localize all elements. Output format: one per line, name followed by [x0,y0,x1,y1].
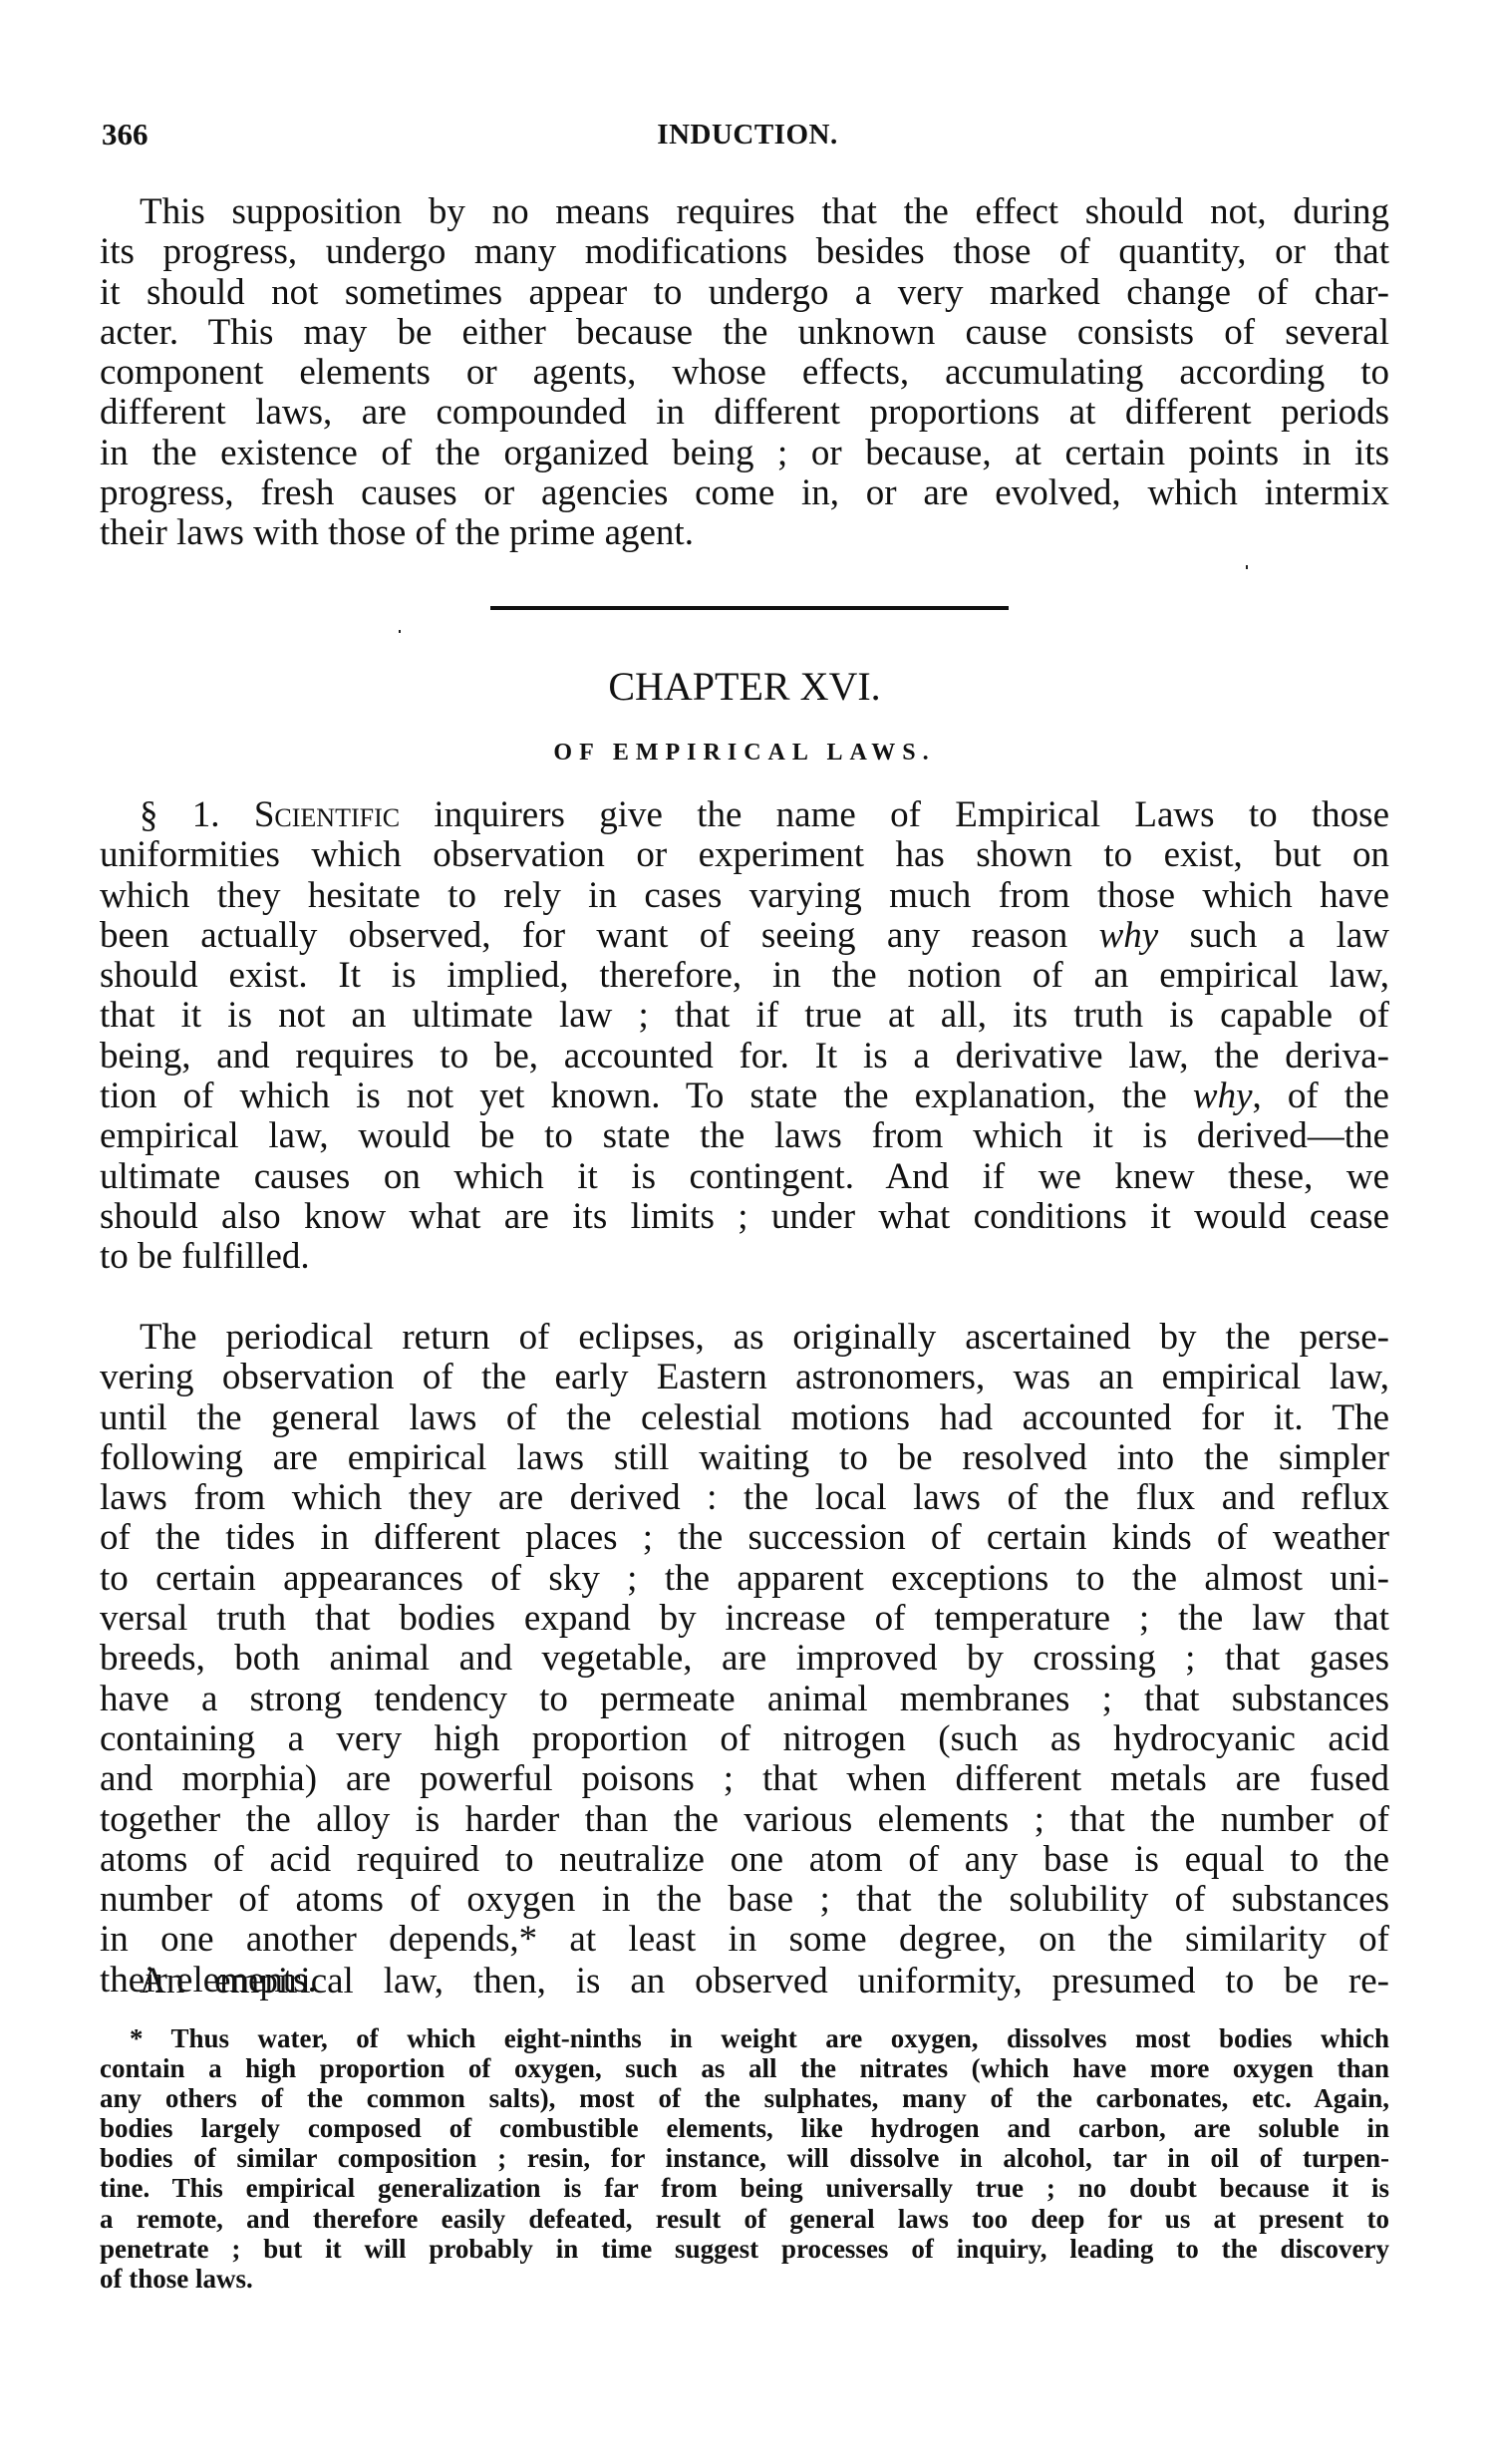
text-line: atoms of acid required to neutralize one… [100,1840,1389,1880]
running-head: 366 INDUCTION. [100,117,1389,153]
text-line: breeds, both animal and vegetable, are i… [100,1639,1389,1679]
text-line: An empirical law, then, is an observed u… [100,1962,1389,2002]
chapter-subtitle: OF EMPIRICAL LAWS. [100,738,1389,768]
italic-why: why [1193,1076,1253,1116]
footnote-line: bodies of similar composition ; resin, f… [100,2143,1389,2173]
text-line: different laws, are compounded in differ… [100,393,1389,433]
text-line: in the existence of the organized being … [100,434,1389,473]
section-1-paragraph: § 1. Scientific inquirers give the name … [100,795,1389,1278]
lead-word: Scientific [254,794,400,835]
text-line: The periodical return of eclipses, as or… [100,1318,1389,1358]
text-line: together the alloy is harder than the va… [100,1800,1389,1840]
paragraph-3: An empirical law, then, is an observed u… [100,1962,1389,2002]
section-marker: § 1. [140,794,220,835]
text-line: that it is not an ultimate law ; that if… [100,996,1389,1036]
text-line: being, and requires to be, accounted for… [100,1037,1389,1077]
footnote-line: tine. This empirical generalization is f… [100,2173,1389,2203]
text-line: have a strong tendency to permeate anima… [100,1680,1389,1719]
text-line: number of atoms of oxygen in the base ; … [100,1880,1389,1920]
paragraph-2: The periodical return of eclipses, as or… [100,1318,1389,2001]
footnote-line: any others of the common salts), most of… [100,2083,1389,2113]
footnote-line: bodies largely composed of combustible e… [100,2113,1389,2143]
text-line: which they hesitate to rely in cases var… [100,876,1389,916]
footnote-line: * Thus water, of which eight-ninths in w… [100,2023,1389,2053]
page-number: 366 [102,117,149,153]
text-line: their laws with those of the prime agent… [100,513,1389,553]
chapter-divider-rule [490,606,1009,610]
text-line: progress, fresh causes or agencies come … [100,473,1389,513]
book-page: 366 INDUCTION. This supposition by no me… [0,0,1490,2464]
text-line: tion of which is not yet known. To state… [100,1077,1389,1116]
text-line: to be fulfilled. [100,1237,1389,1277]
opening-paragraph: This supposition by no means requires th… [100,192,1389,554]
text-line: versal truth that bodies expand by incre… [100,1599,1389,1639]
text-line: to certain appearances of sky ; the appa… [100,1559,1389,1599]
text-line: following are empirical laws still waiti… [100,1438,1389,1478]
text-line: uniformities which observation or experi… [100,835,1389,875]
footnote: * Thus water, of which eight-ninths in w… [100,2023,1389,2294]
text-line: vering observation of the early Eastern … [100,1358,1389,1397]
scan-speck [399,630,401,633]
text-line: and morphia) are powerful poisons ; that… [100,1759,1389,1799]
text-line: in one another depends,* at least in som… [100,1920,1389,1960]
footnote-line: contain a high proportion of oxygen, suc… [100,2053,1389,2083]
text-line: should also know what are its limits ; u… [100,1197,1389,1237]
text-line: acter. This may be either because the un… [100,313,1389,353]
text-line: it should not sometimes appear to underg… [100,273,1389,313]
footnote-line: of those laws. [100,2264,1389,2294]
text-line: its progress, undergo many modifications… [100,232,1389,272]
text-line: ultimate causes on which it is contingen… [100,1157,1389,1197]
running-title: INDUCTION. [643,117,852,153]
text-line: component elements or agents, whose effe… [100,353,1389,393]
text-line: This supposition by no means requires th… [100,192,1389,232]
text-line: been actually observed, for want of seei… [100,916,1389,956]
text-line: containing a very high proportion of nit… [100,1719,1389,1759]
footnote-line: a remote, and therefore easily defeated,… [100,2204,1389,2234]
chapter-title: CHAPTER XVI. [100,664,1389,710]
text-line: until the general laws of the celestial … [100,1398,1389,1438]
text-line: laws from which they are derived : the l… [100,1478,1389,1518]
text-line: empirical law, would be to state the law… [100,1116,1389,1156]
scan-speck [1246,565,1248,569]
text-line: should exist. It is implied, therefore, … [100,956,1389,996]
text-line: of the tides in different places ; the s… [100,1518,1389,1558]
text-line: § 1. Scientific inquirers give the name … [100,795,1389,835]
italic-why: why [1099,915,1159,956]
footnote-line: penetrate ; but it will probably in time… [100,2234,1389,2264]
